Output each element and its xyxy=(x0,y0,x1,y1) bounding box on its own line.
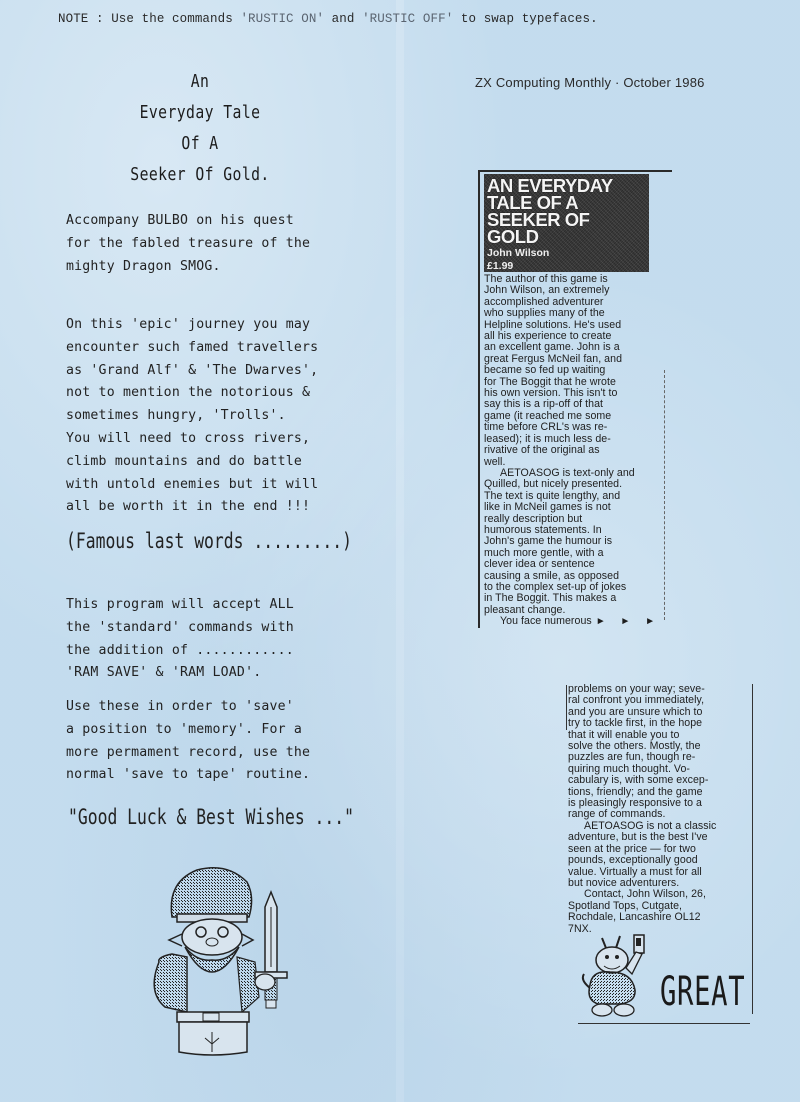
text-line: clever idea or sentence xyxy=(484,559,672,570)
dwarf-with-sword-illustration xyxy=(137,862,297,1062)
continue-line: You face numerous► ► ► xyxy=(484,616,672,627)
magazine-source: ZX Computing Monthly · October 1986 xyxy=(475,75,705,90)
text-line: encounter such famed travellers xyxy=(66,337,386,360)
review-author: John Wilson xyxy=(487,248,647,258)
continue-text: You face numerous xyxy=(500,615,592,627)
column-rule xyxy=(566,685,567,730)
column-rule xyxy=(752,684,753,1014)
sign-off: "Good Luck & Best Wishes ..." xyxy=(68,805,354,829)
text-line: as 'Grand Alf' & 'The Dwarves', xyxy=(66,360,386,383)
text-line: for the fabled treasure of the xyxy=(66,233,386,256)
note-cmd-off: 'RUSTIC OFF' xyxy=(362,12,453,26)
note-middle: and xyxy=(324,12,362,26)
text-line: more permament record, use the xyxy=(66,742,386,765)
text-line: mighty Dragon SMOG. xyxy=(66,256,386,279)
text-line: climb mountains and do battle xyxy=(66,451,386,474)
journey-paragraph: On this 'epic' journey you may encounter… xyxy=(66,314,386,519)
review-contact: Contact, John Wilson, 26, Spotland Tops,… xyxy=(568,889,750,935)
text-line: Rochdale, Lancashire OL12 xyxy=(568,912,750,923)
typeface-note: NOTE : Use the commands 'RUSTIC ON' and … xyxy=(58,12,598,26)
text-line: pounds, exceptionally good xyxy=(568,855,750,866)
text-line: like in McNeil games is not xyxy=(484,502,672,513)
text-line: Accompany BULBO on his quest xyxy=(66,210,386,233)
title-line: Seeker Of Gold. xyxy=(114,159,286,190)
note-cmd-on: 'RUSTIC ON' xyxy=(240,12,324,26)
review-price: £1.99 xyxy=(487,261,647,271)
text-line: 'RAM SAVE' & 'RAM LOAD'. xyxy=(66,662,386,685)
note-suffix: to swap typefaces. xyxy=(453,12,597,26)
intro-paragraph: Accompany BULBO on his quest for the fab… xyxy=(66,210,386,278)
review-body-para-3: problems on your way; seve- ral confront… xyxy=(568,684,750,821)
troll-mascot-illustration xyxy=(580,930,662,1018)
text-line: sometimes hungry, 'Trolls'. xyxy=(66,405,386,428)
text-line: became so fed up waiting xyxy=(484,365,672,376)
text-line: a position to 'memory'. For a xyxy=(66,719,386,742)
text-line: who supplies many of the xyxy=(484,308,672,319)
text-line: with untold enemies but it will xyxy=(66,474,386,497)
continue-arrows-icon: ► ► ► xyxy=(596,616,661,627)
column-rule xyxy=(578,1023,750,1024)
text-line: On this 'epic' journey you may xyxy=(66,314,386,337)
text-line: Quilled, but nicely presented. xyxy=(484,479,672,490)
text-line: Contact, John Wilson, 26, xyxy=(568,889,750,900)
review-body-para-4: AETOASOG is not a classic adventure, but… xyxy=(568,821,750,889)
save-paragraph: Use these in order to 'save' a position … xyxy=(66,696,386,787)
title-line: Of A xyxy=(114,128,286,159)
title-line: Everyday Tale xyxy=(114,97,286,128)
text-line: normal 'save to tape' routine. xyxy=(66,764,386,787)
headline-line: GOLD xyxy=(487,228,647,245)
text-line: try to tackle first, in the hope xyxy=(568,718,750,729)
review-column-2: problems on your way; seve- ral confront… xyxy=(568,684,750,935)
text-line: time before CRL's was re- xyxy=(484,422,672,433)
note-prefix: NOTE : Use the commands xyxy=(58,12,240,26)
review-body-para-1: The author of this game is John Wilson, … xyxy=(484,274,672,468)
rating-badge: GREAT xyxy=(660,972,745,1012)
text-line: the 'standard' commands with xyxy=(66,617,386,640)
text-line: not to mention the notorious & xyxy=(66,382,386,405)
text-line: the addition of ............ xyxy=(66,640,386,663)
text-line: adventure, but is the best I've xyxy=(568,832,750,843)
review-headline-box: AN EVERYDAY TALE OF A SEEKER OF GOLD Joh… xyxy=(484,174,649,272)
famous-last-words: (Famous last words .........) xyxy=(66,529,352,553)
title-line: An xyxy=(114,66,286,97)
commands-paragraph: This program will accept ALL the 'standa… xyxy=(66,594,386,685)
review-headline: AN EVERYDAY TALE OF A SEEKER OF GOLD xyxy=(487,177,647,245)
review-body-para-2: AETOASOG is text-only and Quilled, but n… xyxy=(484,468,672,628)
column-divider xyxy=(664,370,665,620)
flyer-title: An Everyday Tale Of A Seeker Of Gold. xyxy=(114,66,286,190)
text-line: Use these in order to 'save' xyxy=(66,696,386,719)
text-line: This program will accept ALL xyxy=(66,594,386,617)
text-line: cabulary is, with some excep- xyxy=(568,775,750,786)
review-column-1: AN EVERYDAY TALE OF A SEEKER OF GOLD Joh… xyxy=(478,170,672,628)
text-line: rivative of the original as xyxy=(484,445,672,456)
text-line: You will need to cross rivers, xyxy=(66,428,386,451)
text-line: all be worth it in the end !!! xyxy=(66,496,386,519)
